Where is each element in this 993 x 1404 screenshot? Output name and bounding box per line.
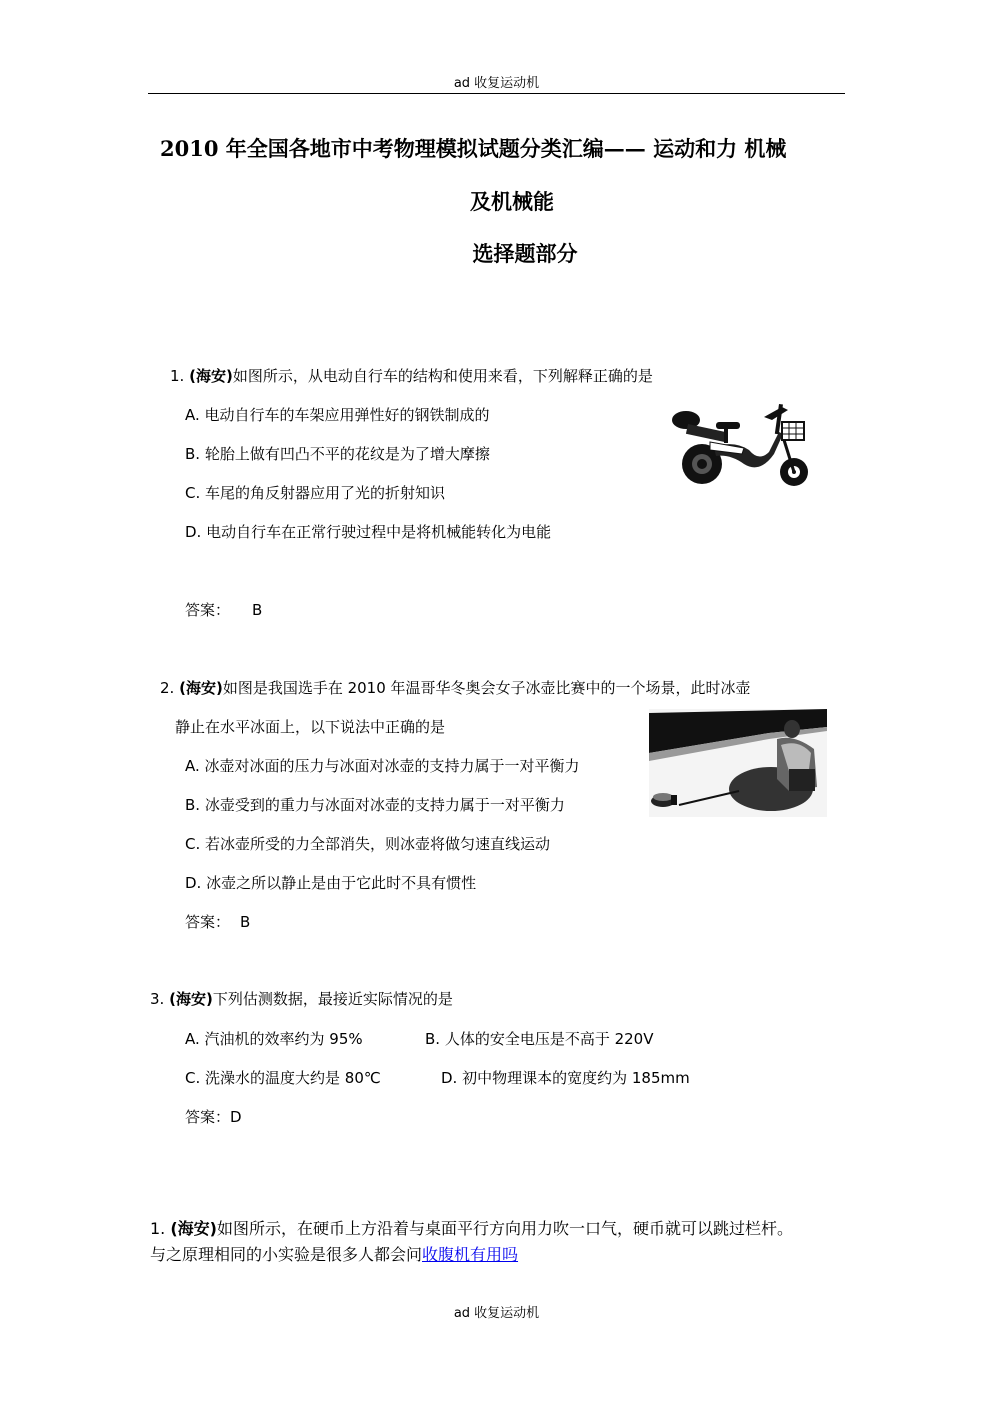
question-1-answer: 答案：B bbox=[185, 599, 262, 620]
electric-bicycle-image bbox=[664, 392, 812, 492]
question-2-stem: 2. (海安)如图是我国选手在 2010 年温哥华冬奥会女子冰壶比赛中的一个场景… bbox=[160, 677, 751, 698]
question-4-stem-continued: 与之原理相同的小实验是很多人都会问收腹机有用吗 bbox=[150, 1242, 518, 1265]
question-source: (海安) bbox=[179, 679, 223, 697]
question-2-option-b: B. 冰壶受到的重力与冰面对冰壶的支持力属于一对平衡力 bbox=[185, 794, 565, 815]
question-2-answer: 答案：B bbox=[185, 911, 250, 932]
question-1-option-a: A. 电动自行车的车架应用弹性好的钢铁制成的 bbox=[185, 404, 490, 425]
document-title-line2: 及机械能 bbox=[0, 186, 993, 216]
question-text: 如图是我国选手在 2010 年温哥华冬奥会女子冰壶比赛中的一个场景，此时冰壶 bbox=[223, 679, 751, 697]
answer-label: 答案： bbox=[185, 601, 230, 619]
answer-value: B bbox=[240, 913, 250, 931]
answer-label: 答案： bbox=[185, 913, 230, 931]
question-2-stem-continued: 静止在水平冰面上，以下说法中正确的是 bbox=[175, 716, 445, 737]
document-title-line1: 2010 年全国各地市中考物理模拟试题分类汇编—— 运动和力 机械 bbox=[160, 133, 786, 163]
question-2-option-c: C. 若冰壶所受的力全部消失，则冰壶将做匀速直线运动 bbox=[185, 833, 550, 854]
question-source: (海安) bbox=[189, 367, 233, 385]
section-title: 选择题部分 bbox=[0, 238, 993, 268]
question-number: 2. bbox=[160, 679, 174, 697]
question-2-option-d: D. 冰壶之所以静止是由于它此时不具有惯性 bbox=[185, 872, 476, 893]
question-3-option-c: C. 洗澡水的温度大约是 80℃ bbox=[185, 1067, 381, 1088]
question-text-continued: 与之原理相同的小实验是很多人都会问 bbox=[150, 1245, 422, 1264]
question-1-option-c: C. 车尾的角反射器应用了光的折射知识 bbox=[185, 482, 445, 503]
question-3-answer: 答案：D bbox=[185, 1106, 242, 1127]
question-3-option-a: A. 汽油机的效率约为 95% bbox=[185, 1028, 363, 1049]
curling-scene-icon bbox=[649, 709, 827, 817]
answer-label: 答案： bbox=[185, 1108, 230, 1126]
question-1-option-d: D. 电动自行车在正常行驶过程中是将机械能转化为电能 bbox=[185, 521, 551, 542]
question-number: 1. bbox=[150, 1219, 165, 1238]
question-2-option-a: A. 冰壶对冰面的压力与冰面对冰壶的支持力属于一对平衡力 bbox=[185, 755, 580, 776]
question-number: 1. bbox=[170, 367, 184, 385]
question-3-option-b: B. 人体的安全电压是不高于 220V bbox=[425, 1028, 654, 1049]
header-divider bbox=[148, 93, 845, 94]
page-footer: ad 收复运动机 bbox=[0, 1302, 993, 1321]
question-source: (海安) bbox=[169, 990, 213, 1008]
question-3-stem: 3. (海安)下列估测数据，最接近实际情况的是 bbox=[150, 988, 453, 1009]
question-3-option-d: D. 初中物理课本的宽度约为 185mm bbox=[441, 1067, 690, 1088]
bicycle-icon bbox=[664, 392, 812, 492]
curling-photo bbox=[649, 709, 827, 817]
page-header: ad 收复运动机 bbox=[0, 72, 993, 91]
question-1-stem: 1. (海安)如图所示，从电动自行车的结构和使用来看，下列解释正确的是 bbox=[170, 365, 653, 386]
question-text: 下列估测数据，最接近实际情况的是 bbox=[213, 990, 453, 1008]
ad-link[interactable]: 收腹机有用吗 bbox=[422, 1245, 518, 1264]
question-4-stem: 1. (海安)如图所示，在硬币上方沿着与桌面平行方向用力吹一口气，硬币就可以跳过… bbox=[150, 1216, 793, 1239]
question-text: 如图所示，从电动自行车的结构和使用来看，下列解释正确的是 bbox=[233, 367, 653, 385]
question-text: 如图所示，在硬币上方沿着与桌面平行方向用力吹一口气，硬币就可以跳过栏杆。 bbox=[217, 1219, 793, 1238]
question-source: (海安) bbox=[170, 1219, 217, 1238]
answer-value: B bbox=[252, 601, 262, 619]
question-1-option-b: B. 轮胎上做有凹凸不平的花纹是为了增大摩擦 bbox=[185, 443, 490, 464]
question-number: 3. bbox=[150, 990, 164, 1008]
answer-value: D bbox=[230, 1108, 242, 1126]
